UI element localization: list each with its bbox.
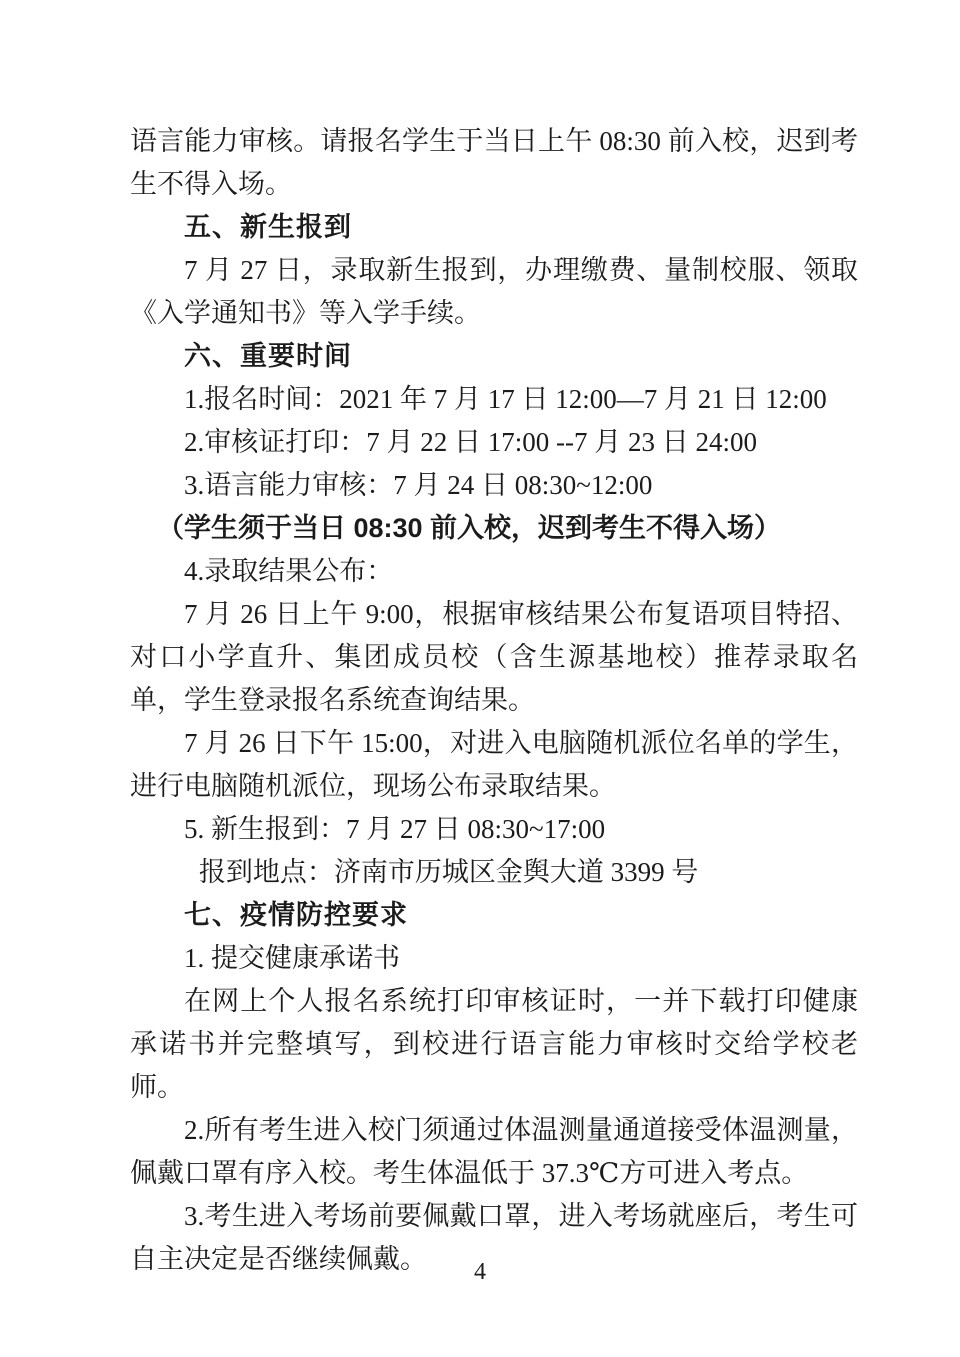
section-5-paragraph: 7 月 27 日，录取新生报到，办理缴费、量制校服、领取《入学通知书》等入学手续… [130, 249, 858, 335]
item-4-result-announcement: 4.录取结果公布： [130, 550, 858, 593]
section-5-heading: 五、新生报到 [130, 206, 858, 249]
health-commitment-paragraph: 在网上个人报名系统打印审核证时，一并下载打印健康承诺书并完整填写，到校进行语言能… [130, 980, 858, 1109]
item-3-language-review: 3.语言能力审核：7 月 24 日 08:30~12:00 [130, 464, 858, 507]
entry-time-bold-note: （学生须于当日 08:30 前入校，迟到考生不得入场） [130, 507, 858, 550]
page-content: 语言能力审核。请报名学生于当日上午 08:30 前入校，迟到考生不得入场。 五、… [130, 120, 858, 1281]
section-6-heading: 六、重要时间 [130, 335, 858, 378]
item-5-new-student-report: 5. 新生报到：7 月 27 日 08:30~17:00 [130, 808, 858, 851]
continued-paragraph: 语言能力审核。请报名学生于当日上午 08:30 前入校，迟到考生不得入场。 [130, 120, 858, 206]
item-1-health-commitment: 1. 提交健康承诺书 [130, 937, 858, 980]
document-page: 语言能力审核。请报名学生于当日上午 08:30 前入校，迟到考生不得入场。 五、… [0, 0, 960, 1357]
item-2-audit-cert-print: 2.审核证打印：7 月 22 日 17:00 --7 月 23 日 24:00 [130, 421, 858, 464]
item-2-temperature-check: 2.所有考生进入校门须通过体温测量通道接受体温测量，佩戴口罩有序入校。考生体温低… [130, 1109, 858, 1195]
report-location: 报到地点：济南市历城区金舆大道 3399 号 [130, 851, 858, 894]
page-number: 4 [0, 1256, 960, 1288]
result-morning-paragraph: 7 月 26 日上午 9:00，根据审核结果公布复语项目特招、对口小学直升、集团… [130, 593, 858, 722]
result-afternoon-paragraph: 7 月 26 日下午 15:00，对进入电脑随机派位名单的学生，进行电脑随机派位… [130, 722, 858, 808]
section-7-heading: 七、疫情防控要求 [130, 894, 858, 937]
item-1-registration-time: 1.报名时间：2021 年 7 月 17 日 12:00—7 月 21 日 12… [130, 378, 858, 421]
